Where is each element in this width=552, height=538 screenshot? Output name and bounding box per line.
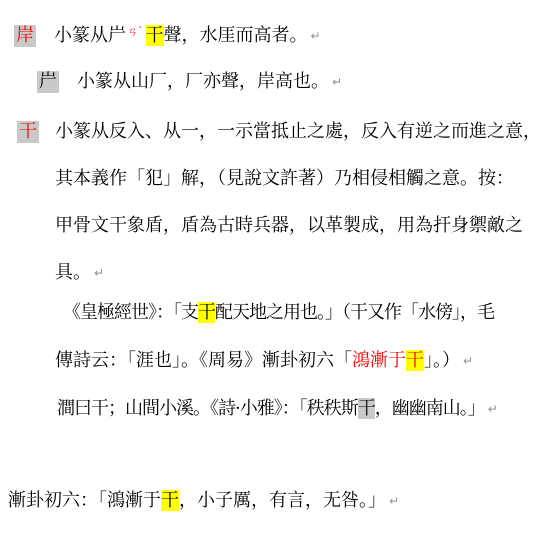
huangji-pre: 《皇極經世》：「支 [63, 302, 198, 323]
jian-post: ，幽幽南山。」 [375, 398, 485, 419]
headword-an: 岸 [14, 25, 36, 47]
maozhuan-pre: 傳詩云：「涯也」。《周易》漸卦初六「 [55, 350, 352, 371]
gan-gray-highlight: 干 [358, 398, 375, 419]
para-jian-line: 澗曰干；山間小溪。《詩·小雅》：「秩秩斯干，幽幽南山。」↵ [57, 395, 498, 423]
entry-gan-text-1: 小篆从反入、从一，一示當抵止之處，反入有逆之而進之意， [55, 121, 541, 142]
jiangua-pre: 漸卦初六：「鴻漸于 [8, 490, 161, 511]
jian-pre: 澗曰干；山間小溪。《詩·小雅》：「秩秩斯 [57, 398, 358, 419]
entry-gan-text-2: 其本義作「犯」解，（見說文許著）乃相侵相觸之意。按： [55, 168, 514, 189]
gan-yellow-highlight-1: 干 [146, 25, 164, 46]
paragraph-mark: ↵ [311, 29, 321, 43]
para-huangji-line-1: 《皇極經世》：「支干配天地之用也。」（干又作「水傍」，毛 [63, 299, 494, 326]
paragraph-mark: ↵ [94, 266, 104, 280]
phonetic-annotation: ㄢˋ [127, 25, 144, 38]
entry-e-body: 小篆从山厂，厂亦聲，岸高也。 [77, 71, 329, 92]
hongjian-red-text: 鴻漸于 [352, 350, 406, 371]
para-jiangua-line: 漸卦初六：「鴻漸于干，小子厲，有言，无咎。」↵ [8, 487, 399, 515]
entry-gan-text-3: 甲骨文干象盾，盾為古時兵器，以革製成，用為扞身禦敵之 [55, 215, 523, 236]
headword-e: 屵 [37, 71, 59, 93]
entry-gan-line-4: 具。↵ [55, 259, 104, 287]
gan-yellow-highlight-3: 干 [161, 490, 179, 511]
para-huangji-line-2: 傳詩云：「涯也」。《周易》漸卦初六「鴻漸于干」。）↵ [55, 347, 473, 375]
entry-gan-text-4: 具。 [55, 262, 91, 283]
maozhuan-post: 」。） [424, 350, 460, 371]
paragraph-mark: ↵ [488, 402, 498, 416]
document-canvas: 岸小篆从屵ㄢˋ干聲，水厓而高者。↵ 屵小篆从山厂，厂亦聲，岸高也。↵ 干 小篆从… [0, 0, 552, 538]
entry-headword-gan: 干 [17, 118, 39, 145]
entry-gan-line-1: 小篆从反入、从一，一示當抵止之處，反入有逆之而進之意， [55, 118, 541, 145]
entry-gan-line-3: 甲骨文干象盾，盾為古時兵器，以革製成，用為扞身禦敵之 [55, 212, 523, 239]
gan-yellow-highlight-2: 干 [198, 302, 215, 323]
jiangua-post: ，小子厲，有言，无咎。」 [179, 490, 386, 511]
huangji-post: 配天地之用也。」（干又作「水傍」，毛 [215, 302, 494, 323]
paragraph-mark: ↵ [389, 494, 399, 508]
gan-yellow-highlight-red: 干 [406, 350, 424, 371]
paragraph-mark: ↵ [463, 354, 473, 368]
headword-gan: 干 [17, 121, 39, 143]
entry-an-body-pre: 小篆从屵 [54, 25, 126, 46]
entry-an-body-post: 聲，水厓而高者。 [164, 25, 308, 46]
entry-line-e: 屵小篆从山厂，厂亦聲，岸高也。↵ [37, 68, 342, 96]
entry-gan-line-2: 其本義作「犯」解，（見說文許著）乃相侵相觸之意。按： [55, 165, 514, 192]
paragraph-mark: ↵ [332, 75, 342, 89]
entry-line-an: 岸小篆从屵ㄢˋ干聲，水厓而高者。↵ [14, 18, 321, 50]
